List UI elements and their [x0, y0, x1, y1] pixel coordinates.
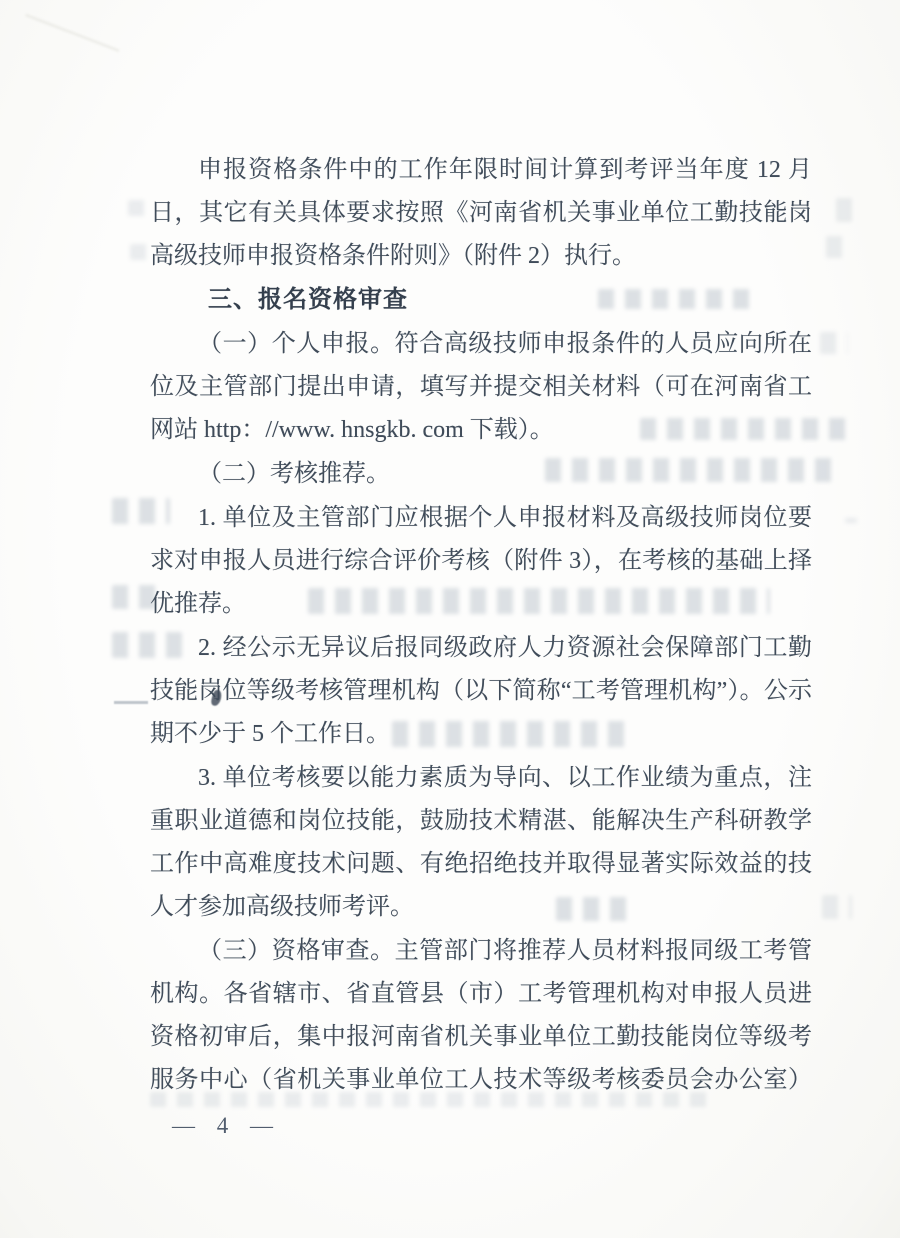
text-line: 服务中心（省机关事业单位工人技术等级考核委员会办公室）进: [150, 1059, 812, 1102]
text-line: 网站 http：//www. hnsgkb. com 下载）。: [150, 409, 812, 452]
paragraph-qualification-review: （三）资格审查。主管部门将推荐人员材料报同级工考管理 机构。各省辖市、省直管县（…: [150, 930, 812, 1102]
text-line: 工作中高难度技术问题、有绝招绝技并取得显著实际效益的技能: [150, 843, 812, 886]
bleed-through-mark: [822, 895, 852, 919]
text-line: 1. 单位及主管部门应根据个人申报材料及高级技师岗位要: [150, 497, 812, 540]
text-line: 位及主管部门提出申请，填写并提交相关材料（可在河南省工考: [150, 366, 812, 409]
bleed-through-mark: [820, 332, 848, 354]
bleed-through-mark: [826, 236, 852, 258]
text-line: 2. 经公示无异议后报同级政府人力资源社会保障部门工勤: [150, 627, 812, 670]
text-line: 重职业道德和岗位技能，鼓励技术精湛、能解决生产科研教学等: [150, 800, 812, 843]
text-line: 技能岗位等级考核管理机构（以下简称“工考管理机构”）。公示: [150, 670, 812, 713]
paragraph-individual-application: （一）个人申报。符合高级技师申报条件的人员应向所在单 位及主管部门提出申请，填写…: [150, 323, 812, 452]
paragraph-item-1-unit-evaluation: 1. 单位及主管部门应根据个人申报材料及高级技师岗位要 求对申报人员进行综合评价…: [150, 497, 812, 626]
text-line: 资格初审后，集中报河南省机关事业单位工勤技能岗位等级考核: [150, 1016, 812, 1059]
text-line: 高级技师申报资格条件附则》（附件 2）执行。: [150, 235, 812, 278]
section-heading-registration-review: 三、报名资格审查: [150, 279, 812, 322]
text-line: 求对申报人员进行综合评价考核（附件 3），在考核的基础上择: [150, 540, 812, 583]
text-line: 优推荐。: [150, 583, 812, 626]
document-body: 申报资格条件中的工作年限时间计算到考评当年度 12 月 31 日，其它有关具体要…: [150, 149, 812, 1103]
text-line: （二）考核推荐。: [150, 453, 812, 496]
paragraph-assessment-recommendation: （二）考核推荐。: [150, 453, 812, 496]
text-line: 日，其它有关具体要求按照《河南省机关事业单位工勤技能岗位: [150, 192, 812, 235]
bleed-through-mark: [836, 198, 862, 222]
text-line: 3. 单位考核要以能力素质为导向、以工作业绩为重点，注: [150, 757, 812, 800]
scan-streak: [114, 701, 148, 704]
section-heading: 三、报名资格审查: [150, 279, 812, 322]
paragraph-item-3-ability-oriented: 3. 单位考核要以能力素质为导向、以工作业绩为重点，注 重职业道德和岗位技能，鼓…: [150, 757, 812, 929]
bleed-through-mark: [130, 244, 150, 260]
text-line: 申报资格条件中的工作年限时间计算到考评当年度 12 月 31: [150, 149, 812, 192]
text-line: 期不少于 5 个工作日。: [150, 713, 812, 756]
paper-crease-mark: [25, 14, 119, 52]
page-number: — 4 —: [172, 1110, 274, 1142]
paragraph-item-2-public-notice: 2. 经公示无异议后报同级政府人力资源社会保障部门工勤 技能岗位等级考核管理机构…: [150, 627, 812, 756]
text-line: 人才参加高级技师考评。: [150, 886, 812, 929]
text-line: 机构。各省辖市、省直管县（市）工考管理机构对申报人员进行: [150, 973, 812, 1016]
bleed-through-mark: [845, 518, 857, 523]
scanned-document-page: 申报资格条件中的工作年限时间计算到考评当年度 12 月 31 日，其它有关具体要…: [0, 0, 900, 1238]
paragraph-work-year-rule: 申报资格条件中的工作年限时间计算到考评当年度 12 月 31 日，其它有关具体要…: [150, 149, 812, 278]
text-line: （一）个人申报。符合高级技师申报条件的人员应向所在单: [150, 323, 812, 366]
text-line: （三）资格审查。主管部门将推荐人员材料报同级工考管理: [150, 930, 812, 973]
